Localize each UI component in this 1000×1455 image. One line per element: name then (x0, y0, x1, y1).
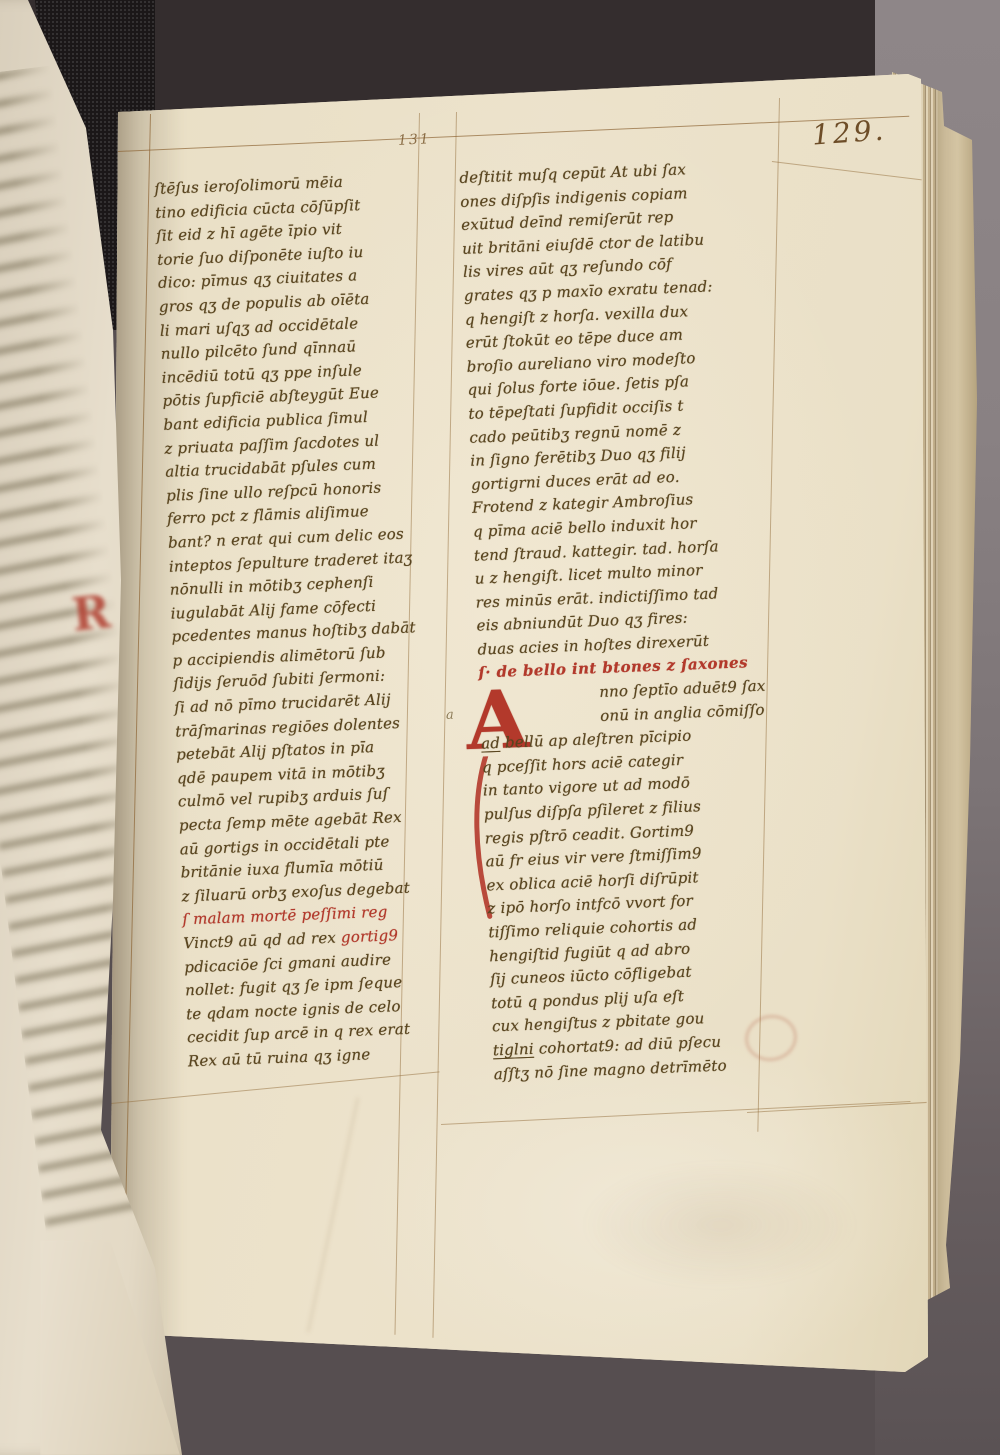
manuscript-recto-page: 131 129. ſtēſus ieroſolimorū mēiatino ed… (0, 0, 1000, 1455)
text-column-left: ſtēſus ieroſolimorū mēiatino edificia cū… (154, 167, 470, 1074)
parchment-crease (307, 1097, 359, 1332)
ruling-line-top (118, 116, 909, 152)
parchment-smudge (580, 1160, 860, 1290)
parchment-crease (300, 1424, 920, 1439)
text-column-right-lines: deſtitit muſq cepūt At ubi ſaxones diſpſ… (459, 154, 829, 1086)
ruling-line-top-right (772, 161, 931, 181)
quire-mark: 131 (398, 131, 432, 149)
manuscript-photo: 131 129. ſtēſus ieroſolimorū mēiatino ed… (0, 0, 1000, 1455)
folio-number: 129. (811, 113, 887, 151)
ruling-line-bottom-right (441, 1101, 910, 1125)
rubricated-initial-R: R (69, 584, 113, 642)
guide-letter: a (446, 708, 454, 723)
